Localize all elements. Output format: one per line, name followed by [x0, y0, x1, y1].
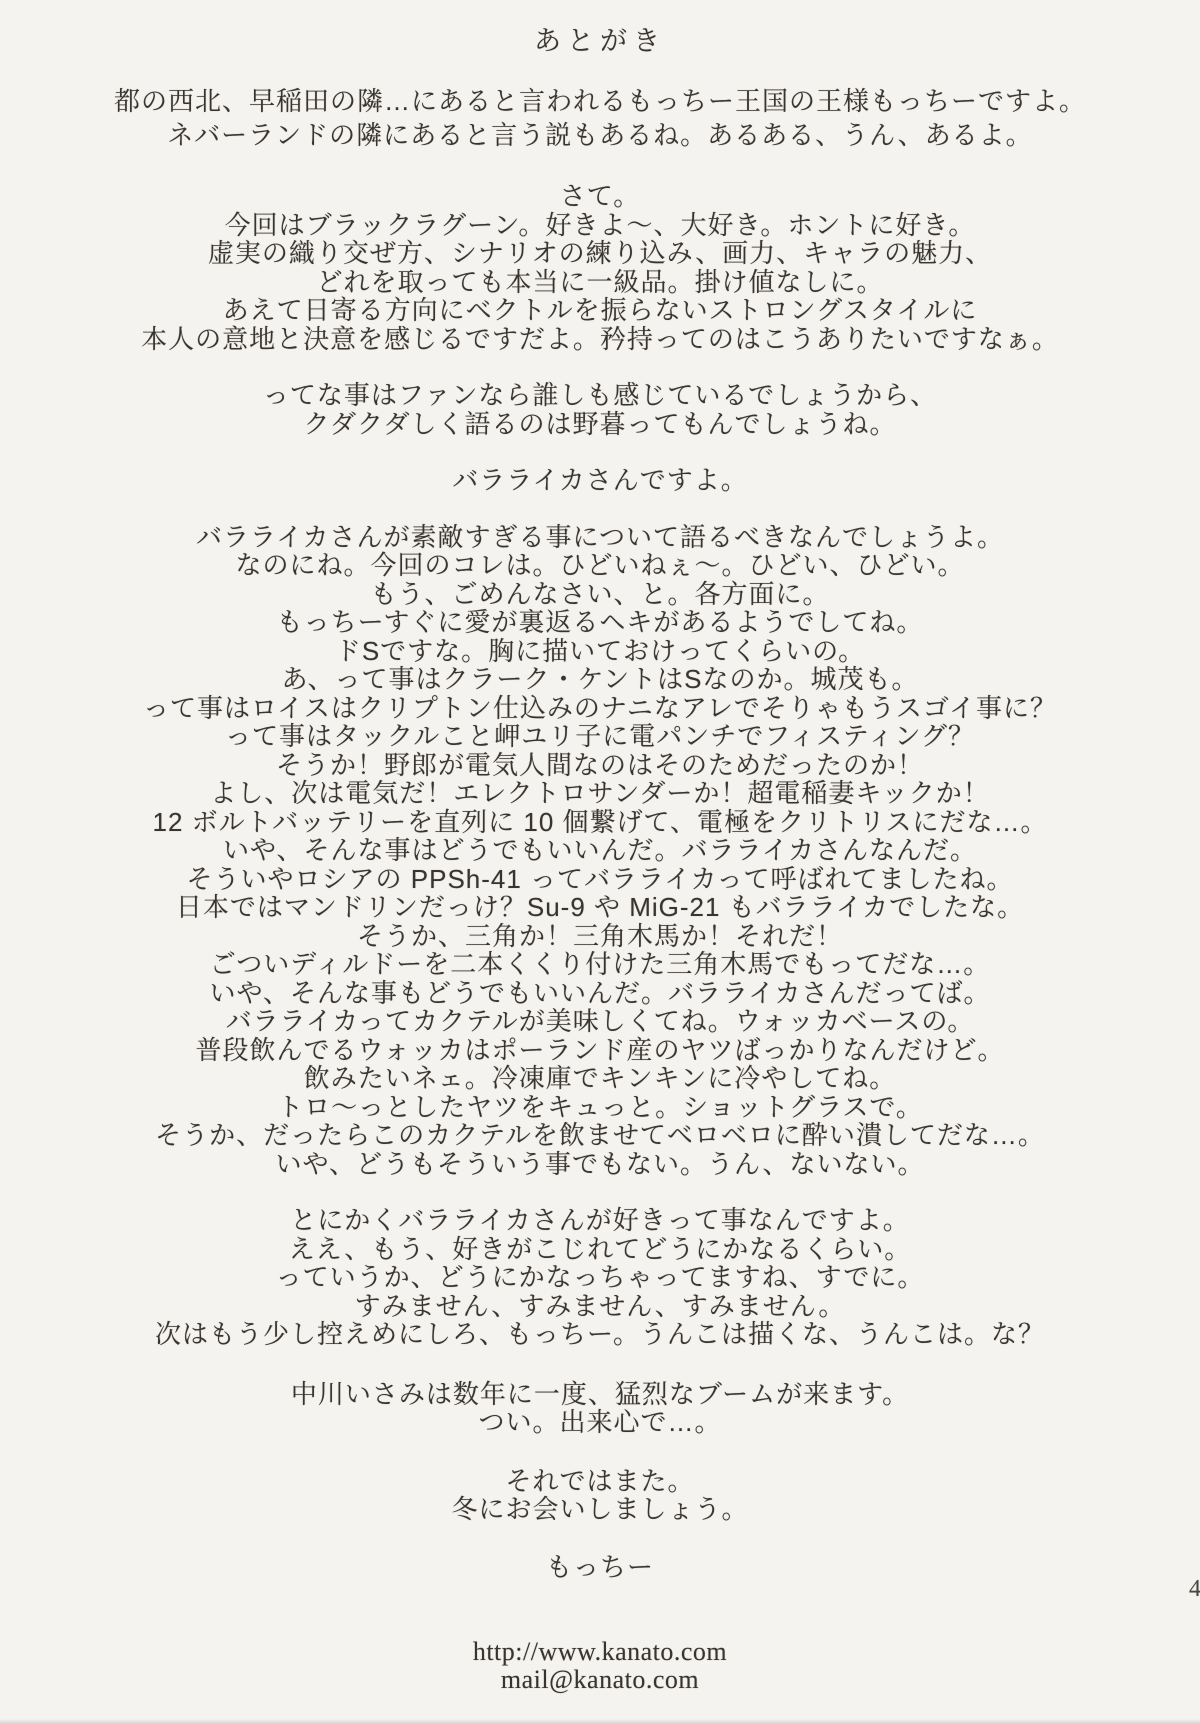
- text-line: あ、って事はクラーク・ケントはSなのか。城茂も。: [0, 665, 1200, 694]
- text-line: ネバーランドの隣にあると言う説もあるね。あるある、うん、あるよ。: [0, 118, 1200, 152]
- website-url: http://www.kanato.com: [0, 1638, 1200, 1666]
- email-address: mail@kanato.com: [0, 1666, 1200, 1694]
- page-number: 4: [1189, 1576, 1200, 1603]
- text-line: ええ、もう、好きがこじれてどうにかなるくらい。: [0, 1235, 1200, 1264]
- text-line: そうか！野郎が電気人間なのはそのためだったのか！: [0, 751, 1200, 780]
- paragraph-balalaika-intro: バラライカさんですよ。: [0, 466, 1200, 495]
- text-line: 次はもう少し控えめにしろ、もっちー。うんこは描くな、うんこは。な？: [0, 1320, 1200, 1349]
- text-line: どれを取っても本当に一級品。掛け値なしに。: [0, 268, 1200, 297]
- text-line: ごついディルドーを二本くくり付けた三角木馬でもってだな…。: [0, 950, 1200, 979]
- paragraph-balalaika-rant: バラライカさんが素敵すぎる事について語るべきなんでしょうよ。 なのにね。今回のコ…: [0, 523, 1200, 1179]
- text-line: トロ～っとしたヤツをキュっと。ショットグラスで。: [0, 1093, 1200, 1122]
- paragraph-farewell: それではまた。 冬にお会いしましょう。: [0, 1467, 1200, 1524]
- paragraph-fans: ってな事はファンなら誰しも感じているでしょうから、 クダクダしく語るのは野暮って…: [0, 381, 1200, 438]
- text-line: つい。出来心で…。: [0, 1408, 1200, 1437]
- text-line: なのにね。今回のコレは。ひどいねぇ～。ひどい、ひどい。: [0, 551, 1200, 580]
- text-line: それではまた。: [0, 1467, 1200, 1496]
- text-line: ドSですな。胸に描いておけってくらいの。: [0, 637, 1200, 666]
- scan-edge-shadow: [0, 1719, 1200, 1724]
- text-line: バラライカさんが素敵すぎる事について語るべきなんでしょうよ。: [0, 523, 1200, 552]
- text-line: クダクダしく語るのは野暮ってもんでしょうね。: [0, 410, 1200, 439]
- signature-name: もっちー: [0, 1553, 1200, 1582]
- text-line: 中川いさみは数年に一度、猛烈なブームが来ます。: [0, 1380, 1200, 1409]
- text-line: いや、どうもそういう事でもない。うん、ないない。: [0, 1150, 1200, 1179]
- text-line: そうか、だったらこのカクテルを飲ませてベロベロに酔い潰してだな…。: [0, 1121, 1200, 1150]
- paragraph-black-lagoon: さて。 今回はブラックラグーン。好きよ～、大好き。ホントに好き。 虚実の織り交ぜ…: [0, 182, 1200, 353]
- text-line: 虚実の織り交ぜ方、シナリオの練り込み、画力、キャラの魅力、: [0, 239, 1200, 268]
- paragraph-nakagawa: 中川いさみは数年に一度、猛烈なブームが来ます。 つい。出来心で…。: [0, 1380, 1200, 1437]
- text-line: バラライカってカクテルが美味しくてね。ウォッカベースの。: [0, 1007, 1200, 1036]
- paragraph-apology: とにかくバラライカさんが好きって事なんですよ。 ええ、もう、好きがこじれてどうに…: [0, 1206, 1200, 1349]
- text-line: 冬にお会いしましょう。: [0, 1495, 1200, 1524]
- text-line: ってな事はファンなら誰しも感じているでしょうから、: [0, 381, 1200, 410]
- text-line: って事はタックルこと岬ユリ子に電パンチでフィスティング？: [0, 722, 1200, 751]
- text-line: 今回はブラックラグーン。好きよ～、大好き。ホントに好き。: [0, 211, 1200, 240]
- signature: もっちー: [0, 1553, 1200, 1582]
- text-line: さて。: [0, 182, 1200, 211]
- text-line: 本人の意地と決意を感じるですだよ。矜持ってのはこうありたいですなぁ。: [0, 325, 1200, 354]
- text-line: 12 ボルトバッテリーを直列に 10 個繋げて、電極をクリトリスにだな…。: [0, 808, 1200, 837]
- text-line: もっちーすぐに愛が裏返るヘキがあるようでしてね。: [0, 608, 1200, 637]
- text-line: バラライカさんですよ。: [0, 466, 1200, 495]
- text-line: とにかくバラライカさんが好きって事なんですよ。: [0, 1206, 1200, 1235]
- text-line: っていうか、どうにかなっちゃってますね、すでに。: [0, 1263, 1200, 1292]
- text-line: 日本ではマンドリンだっけ？Su-9 や MiG-21 もバラライカでしたな。: [0, 893, 1200, 922]
- paragraph-intro: 都の西北、早稲田の隣…にあると言われるもっちー王国の王様もっちーですよ。 ネバー…: [0, 84, 1200, 152]
- text-line: よし、次は電気だ！エレクトロサンダーか！超電稲妻キックか！: [0, 779, 1200, 808]
- text-line: 普段飲んでるウォッカはポーランド産のヤツばっかりなんだけど。: [0, 1036, 1200, 1065]
- text-line: いや、そんな事もどうでもいいんだ。バラライカさんだってば。: [0, 979, 1200, 1008]
- text-line: そういやロシアの PPSh-41 ってバラライカって呼ばれてましたね。: [0, 865, 1200, 894]
- text-line: 都の西北、早稲田の隣…にあると言われるもっちー王国の王様もっちーですよ。: [0, 84, 1200, 118]
- text-line: 飲みたいネェ。冷凍庫でキンキンに冷やしてね。: [0, 1064, 1200, 1093]
- text-line: そうか、三角か！三角木馬か！それだ！: [0, 922, 1200, 951]
- text-line: あえて日寄る方向にベクトルを振らないストロングスタイルに: [0, 296, 1200, 325]
- text-line: もう、ごめんなさい、と。各方面に。: [0, 580, 1200, 609]
- text-line: すみません、すみません、すみません。: [0, 1292, 1200, 1321]
- text-line: って事はロイスはクリプトン仕込みのナニなアレでそりゃもうスゴイ事に？: [0, 694, 1200, 723]
- page-title: あとがき: [0, 26, 1200, 56]
- scanned-afterword-page: あとがき 都の西北、早稲田の隣…にあると言われるもっちー王国の王様もっちーですよ…: [0, 0, 1200, 1724]
- text-line: いや、そんな事はどうでもいいんだ。バラライカさんなんだ。: [0, 836, 1200, 865]
- footer-contact: http://www.kanato.com mail@kanato.com: [0, 1638, 1200, 1694]
